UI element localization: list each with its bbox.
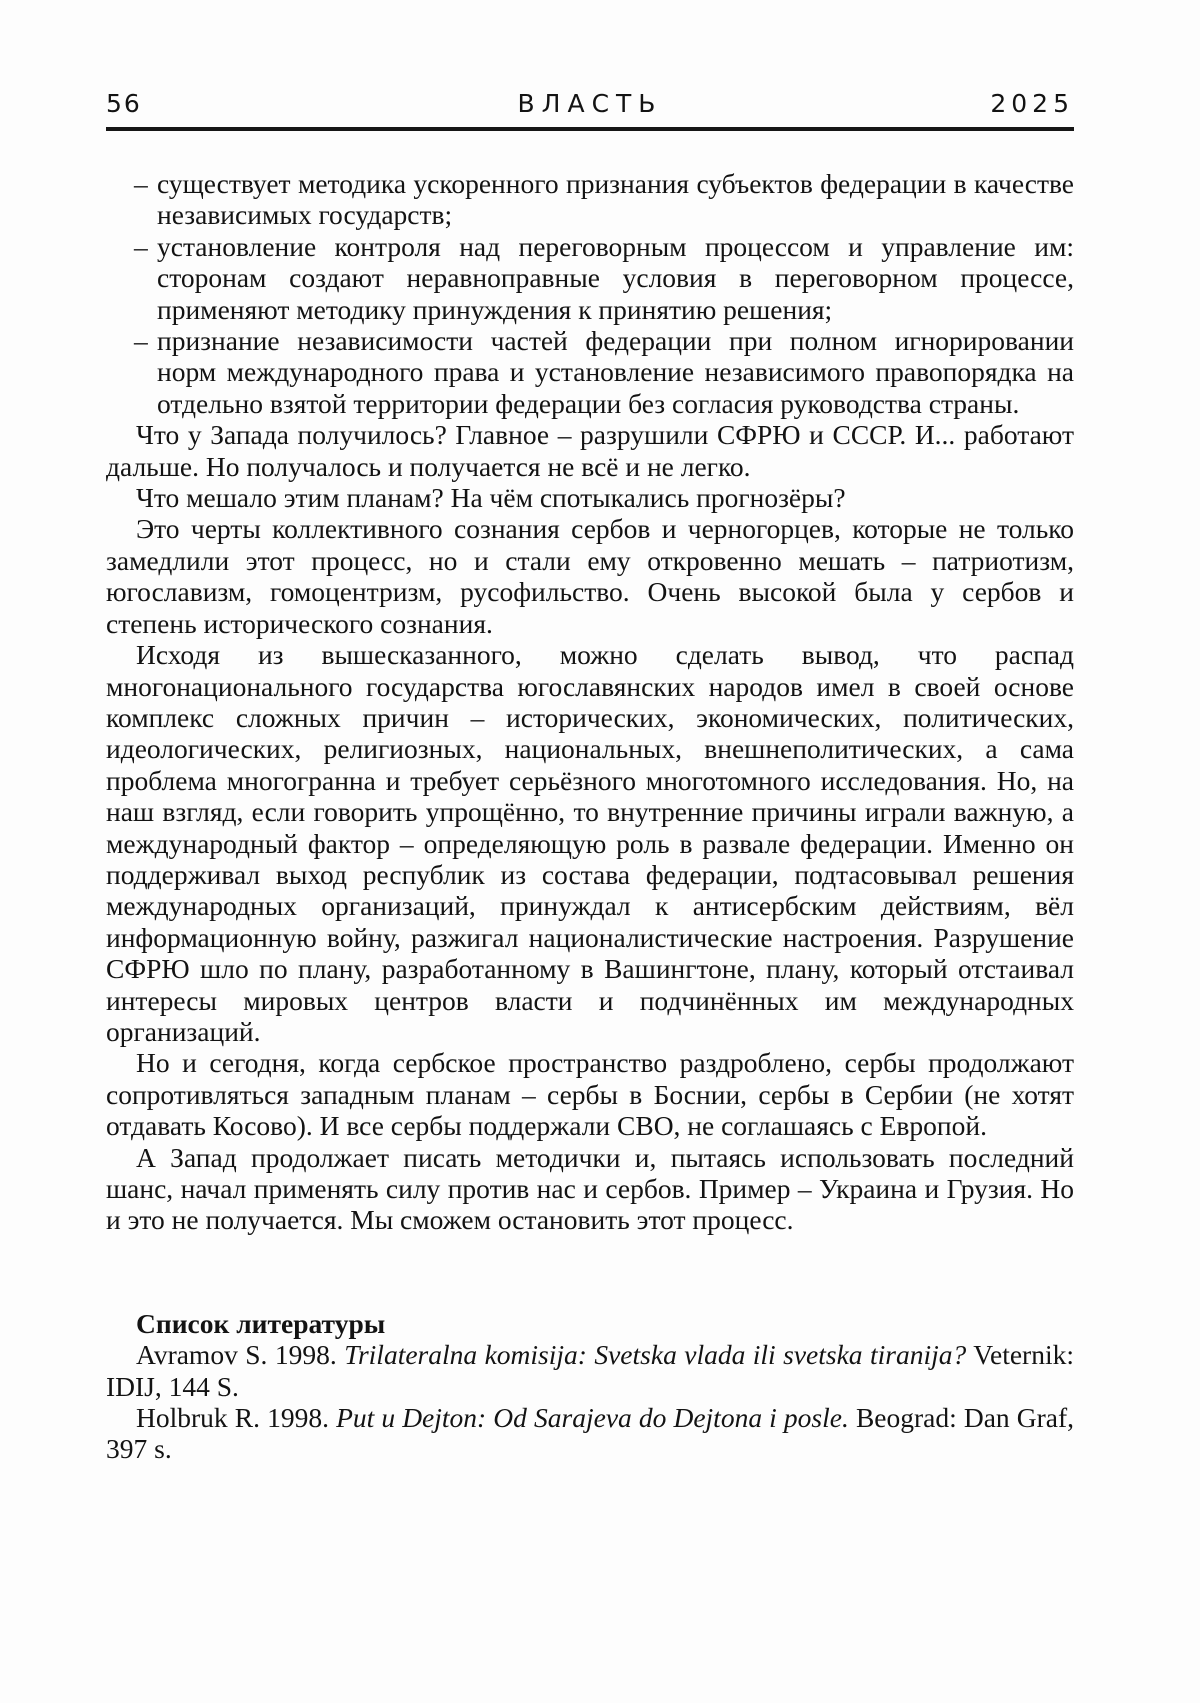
bullet-item: – признание независимости частей федерац… (106, 325, 1074, 419)
year-label: 2025 (990, 90, 1074, 118)
reference-item: Avramov S. 1998. Trilateralna komisija: … (106, 1339, 1074, 1402)
running-head: 56 ВЛАСТЬ 2025 (106, 90, 1074, 127)
article-body: – существует методика ускоренного призна… (106, 168, 1074, 1465)
paragraph: Но и сегодня, когда сербское пространств… (106, 1047, 1074, 1141)
bullet-dash-marker: – (134, 325, 148, 356)
reference-item: Holbruk R. 1998. Put u Dejton: Od Saraje… (106, 1402, 1074, 1465)
bullet-dash-marker: – (134, 168, 148, 199)
paragraph: Что у Запада получилось? Главное – разру… (106, 419, 1074, 482)
journal-page: 56 ВЛАСТЬ 2025 – существует методика уск… (106, 0, 1074, 1465)
paragraph: Это черты коллективного сознания сербов … (106, 513, 1074, 639)
bullet-dash-marker: – (134, 231, 148, 262)
bullet-text: установление контроля над переговорным п… (157, 231, 1074, 325)
paragraph: Что мешало этим планам? На чём спотыкали… (106, 482, 1074, 513)
bullet-text: признание независимости частей федерации… (157, 325, 1074, 419)
bullet-item: – установление контроля над переговорным… (106, 231, 1074, 325)
paragraph: А Запад продолжает писать методички и, п… (106, 1142, 1074, 1236)
bullet-list: – существует методика ускоренного призна… (106, 168, 1074, 419)
page-number: 56 (106, 89, 142, 118)
references-section: Список литературы Avramov S. 1998. Trila… (106, 1308, 1074, 1465)
references-heading: Список литературы (106, 1308, 1074, 1339)
header-rule (106, 127, 1074, 131)
paragraph: Исходя из вышесказанного, можно сделать … (106, 639, 1074, 1047)
journal-title: ВЛАСТЬ (518, 90, 663, 118)
bullet-text: существует методика ускоренного признани… (157, 168, 1074, 230)
bullet-item: – существует методика ускоренного призна… (106, 168, 1074, 231)
